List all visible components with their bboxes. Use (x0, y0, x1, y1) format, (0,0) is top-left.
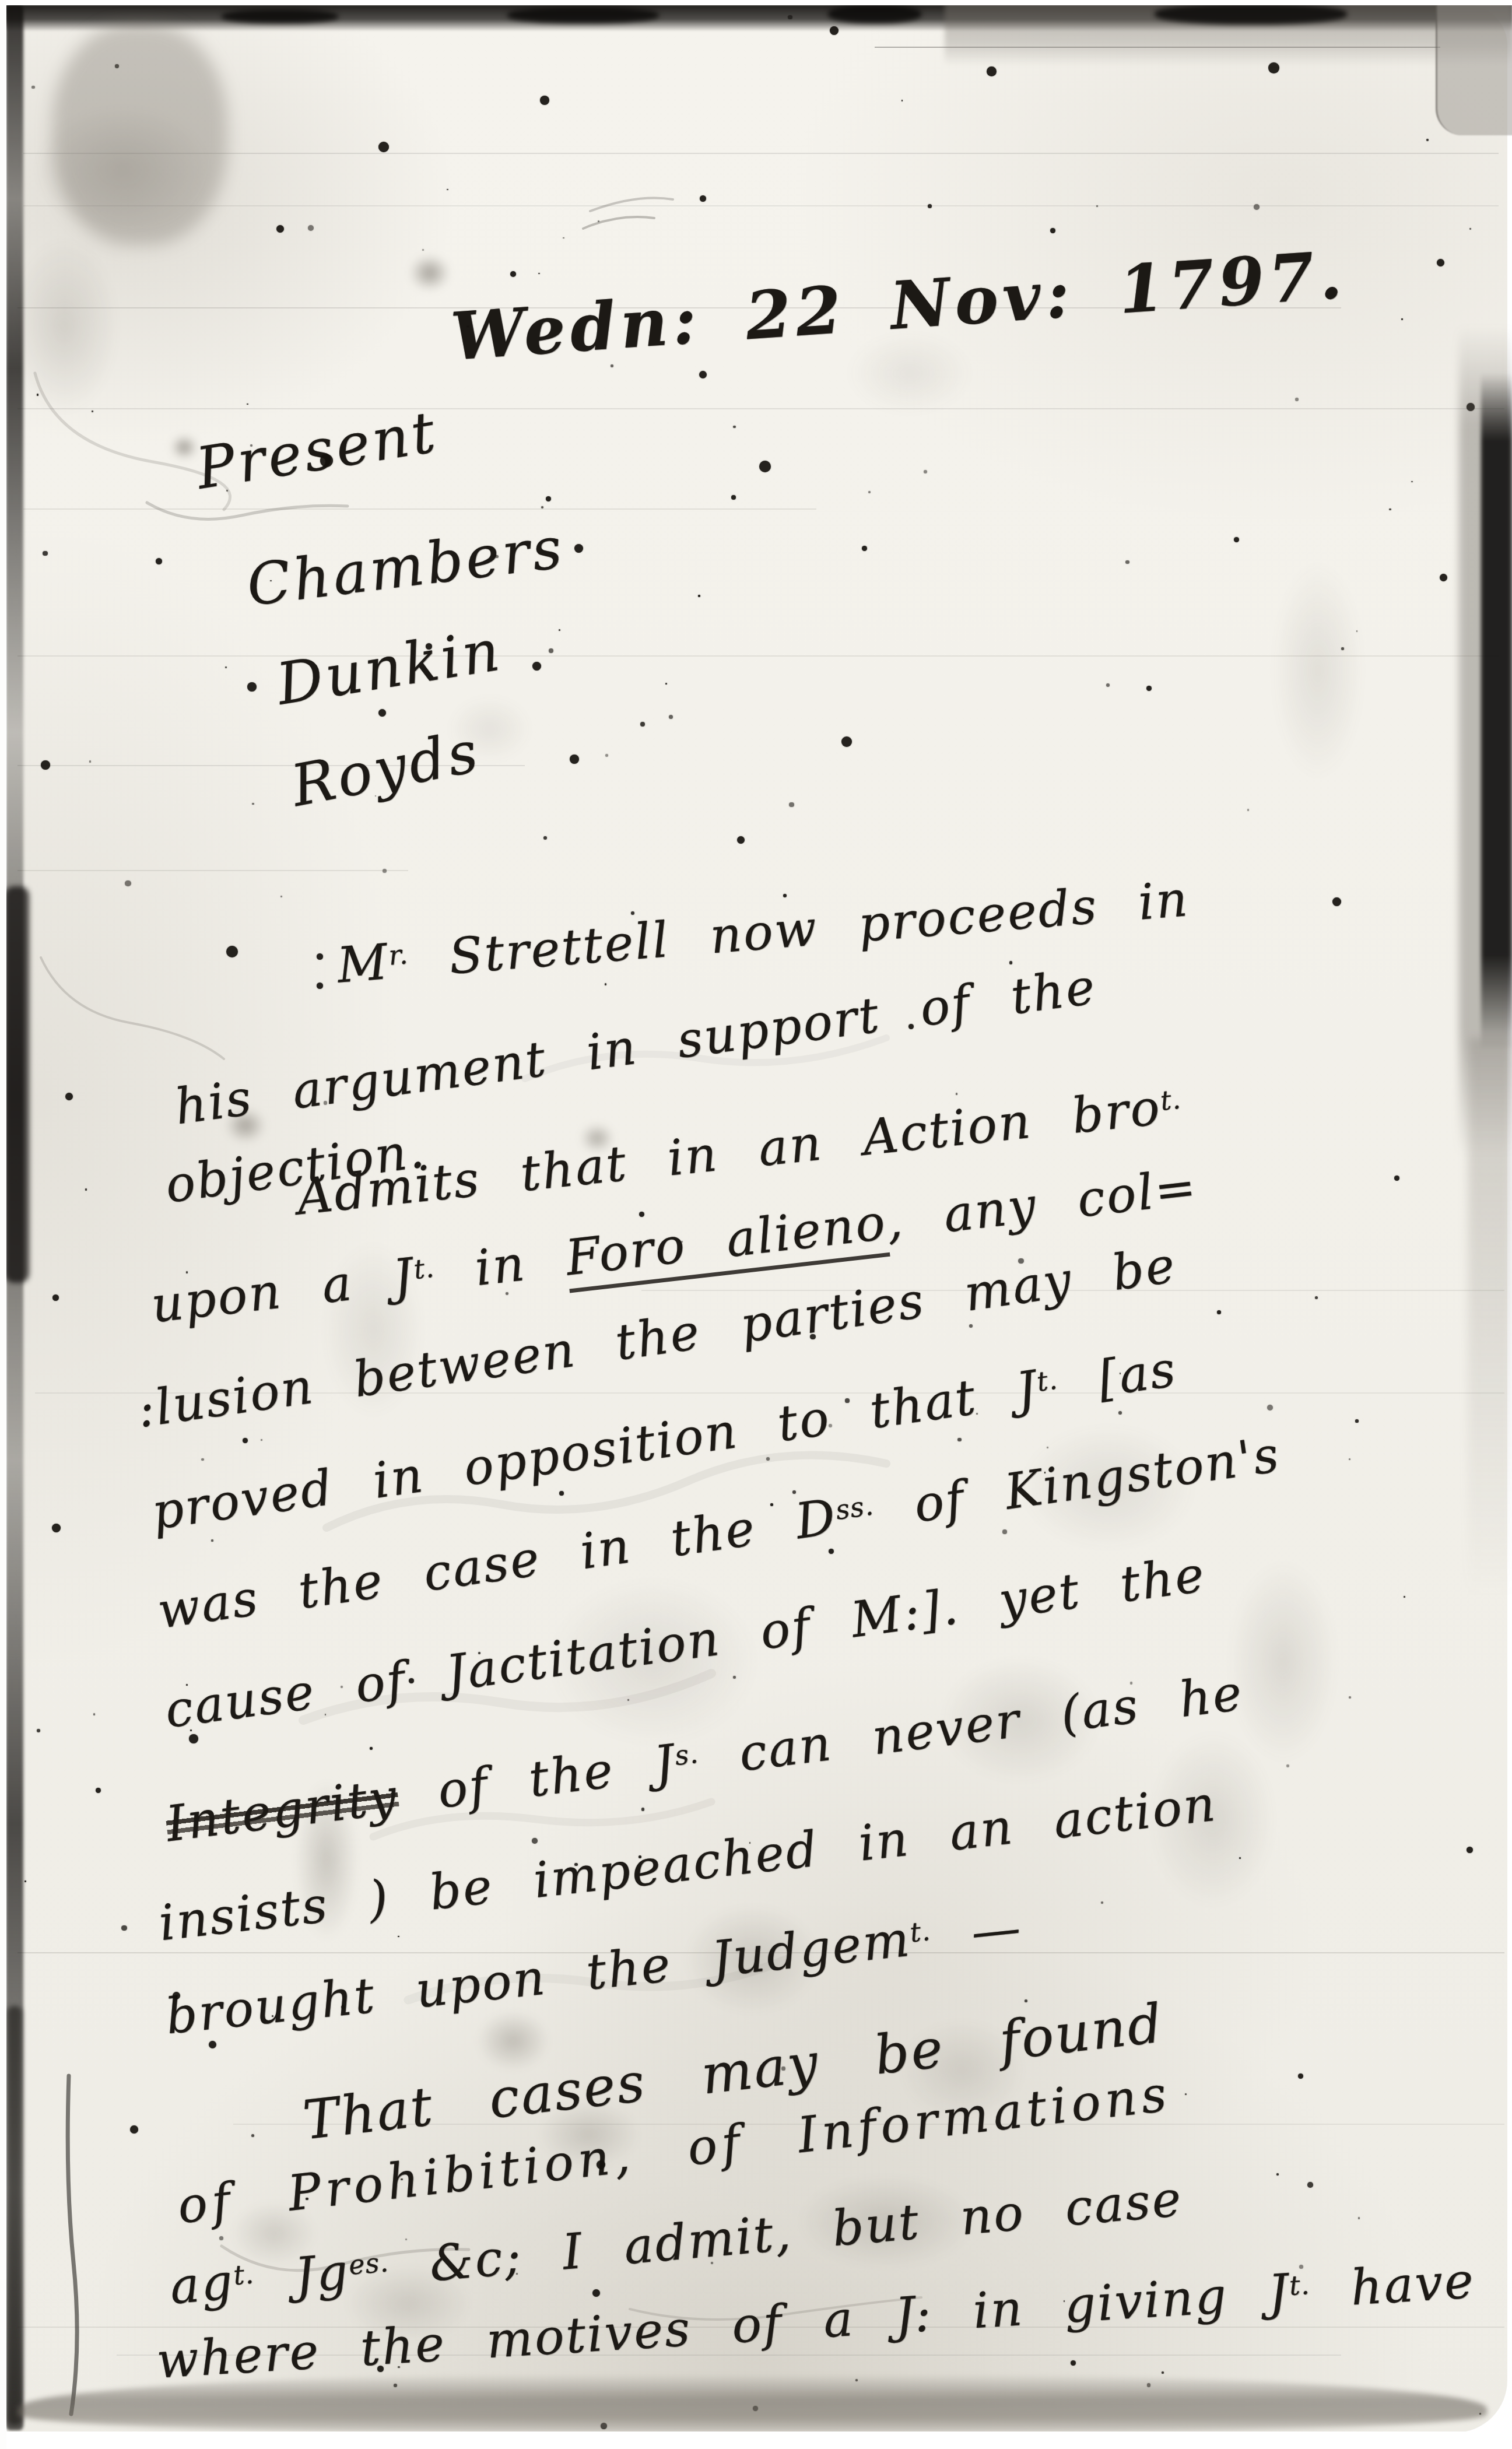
right-edge-dark-band (1481, 373, 1512, 1050)
bottom-shadow-band (17, 2374, 1487, 2432)
right-edge-lower-shade (1468, 1038, 1512, 1598)
paper-background (7, 5, 1507, 2433)
top-edge-blob (507, 7, 659, 23)
left-edge-lower-streak (7, 2006, 22, 2426)
top-edge-blob (222, 9, 338, 23)
scanner-margin-top (0, 0, 1512, 5)
scanner-margin-bottom (0, 2432, 1512, 2449)
top-edge-blob (1155, 3, 1347, 24)
page-corner-top-right (1436, 0, 1512, 135)
scanner-margin-left (0, 0, 6, 2449)
left-edge-dark-chunk (5, 886, 29, 1283)
scanned-manuscript-page: Wedn: 22 Nov: 1797. Present Chambers Dun… (0, 0, 1512, 2449)
top-left-stain (52, 23, 227, 245)
top-edge-blob (828, 5, 921, 23)
